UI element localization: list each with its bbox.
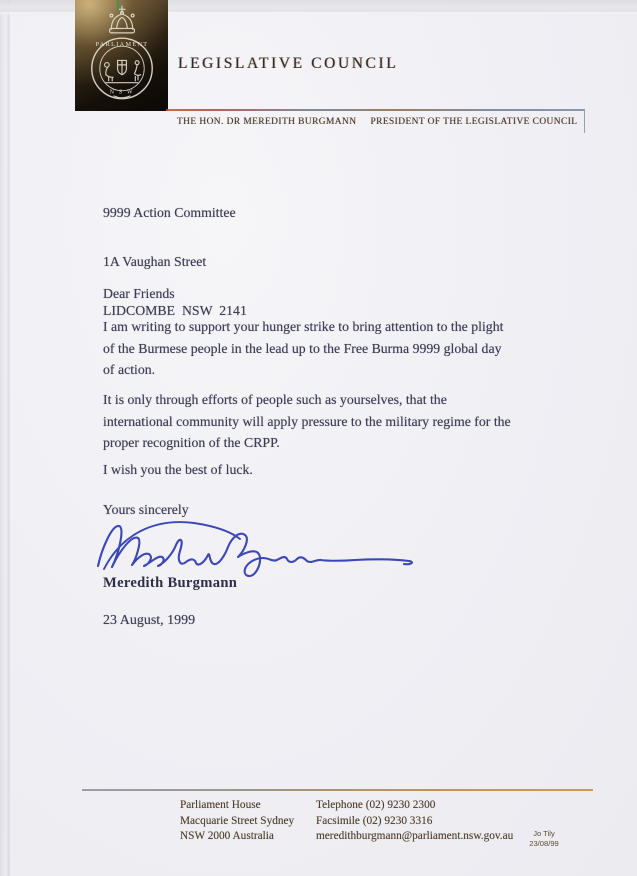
recipient-line: 1A Vaughan Street [103, 254, 247, 270]
signature-stroke-main [98, 526, 412, 576]
paragraph-3: I wish you the best of luck. [103, 462, 253, 478]
paragraph-line: proper recognition of the CRPP. [103, 432, 511, 454]
paragraph-2: It is only through efforts of people suc… [103, 389, 511, 454]
paragraph-1: I am writing to support your hunger stri… [103, 316, 503, 381]
officer-title: PRESIDENT OF THE LEGISLATIVE COUNCIL [370, 117, 577, 127]
paragraph-line: international community will apply press… [103, 411, 511, 433]
crest-ring-text-top: PARLIAMENT [96, 41, 149, 48]
org-title: LEGISLATIVE COUNCIL [178, 55, 398, 73]
footer-telephone: Telephone (02) 9230 2300 [316, 798, 513, 814]
handwritten-signature [92, 512, 426, 582]
scan-annotation-name: Jo Tily [514, 829, 574, 839]
salutation: Dear Friends [103, 286, 175, 302]
footer-address-line: NSW 2000 Australia [180, 829, 294, 845]
recipient-line: 9999 Action Committee [103, 205, 247, 221]
footer-rule [82, 789, 593, 791]
footer-address-line: Macquarie Street Sydney [180, 814, 294, 830]
paragraph-line: It is only through efforts of people suc… [103, 389, 511, 411]
president-banner: THE HON. DR MEREDITH BURGMANN PRESIDENT … [168, 110, 585, 133]
parliament-nsw-crest-icon: PARLIAMENT N S W [82, 3, 162, 109]
parliament-logo-block: PARLIAMENT N S W [75, 0, 168, 111]
footer-postal-address: Parliament House Macquarie Street Sydney… [180, 798, 294, 845]
footer-email: meredithburgmann@parliament.nsw.gov.au [316, 829, 513, 845]
signatory-name: Meredith Burgmann [103, 575, 237, 592]
paragraph-line: I am writing to support your hunger stri… [103, 316, 503, 338]
scan-artifact-green-thread [117, 0, 119, 11]
scanner-left-edge [0, 0, 10, 876]
officer-name: THE HON. DR MEREDITH BURGMANN [177, 117, 356, 127]
scanned-letter-page: PARLIAMENT N S W LEGISLATIVE COUNCIL THE… [0, 0, 637, 876]
footer-address-line: Parliament House [180, 798, 294, 814]
footer-contact-details: Telephone (02) 9230 2300 Facsimile (02) … [316, 798, 513, 845]
paragraph-line: of action. [103, 359, 503, 381]
scan-annotation-date: 23/08/99 [514, 839, 574, 849]
crest-ring-text-bottom: N S W [110, 89, 134, 95]
scan-annotation: Jo Tily 23/08/99 [514, 829, 574, 848]
letter-date: 23 August, 1999 [103, 613, 195, 629]
paragraph-line: of the Burmese people in the lead up to … [103, 338, 503, 360]
footer-facsimile: Facsimile (02) 9230 3316 [316, 814, 513, 830]
